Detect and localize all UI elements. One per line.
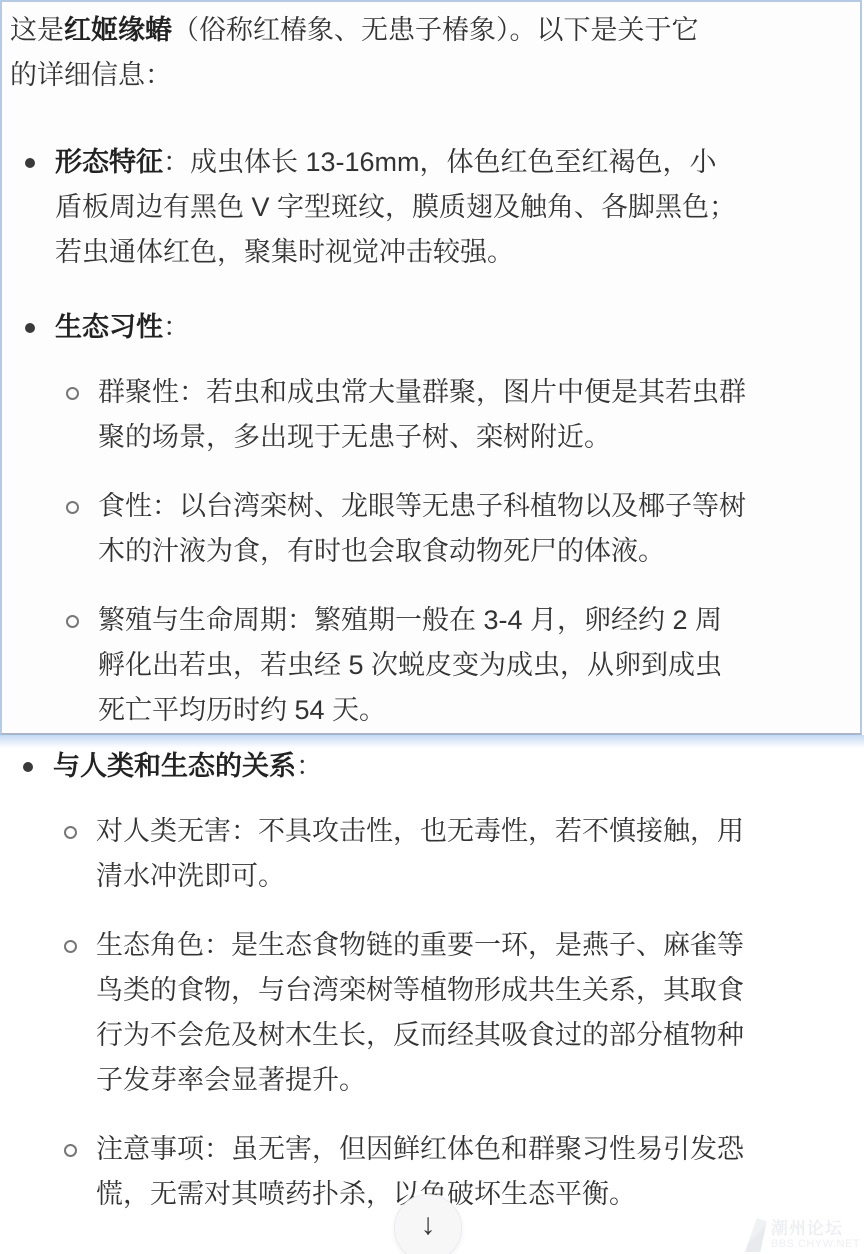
answer-bullet-list-continued: 与人类和生态的关系： 对人类无害：不具攻击性，也无毒性，若不慎接触，用 清水冲洗… <box>0 744 864 1217</box>
intro-paragraph: 这是红姬缘蝽（俗称红椿象、无患子椿象）。以下是关于它 的详细信息： <box>10 8 852 98</box>
sub-item-text: 对人类无害：不具攻击性，也无毒性，若不慎接触，用 清水冲洗即可。 <box>96 809 864 899</box>
sub-bullet-marker <box>53 1127 96 1172</box>
sub-item-text: 生态角色：是生态食物链的重要一环，是燕子、麻雀等 鸟类的食物，与台湾栾树等植物形… <box>96 923 864 1103</box>
list-item-morphology: 形态特征：成虫体长 13-16mm，体色红色至红褐色，小 盾板周边有黑色 V 字… <box>10 140 852 275</box>
bullet-circle-icon <box>66 387 79 400</box>
human-relation-sub-list: 对人类无害：不具攻击性，也无毒性，若不慎接触，用 清水冲洗即可。 生态角色：是生… <box>53 809 864 1217</box>
bullet-circle-icon <box>64 940 77 953</box>
list-item-text: 生态习性： <box>55 305 852 350</box>
sub-item-ecological-role: 生态角色：是生态食物链的重要一环，是燕子、麻雀等 鸟类的食物，与台湾栾树等植物形… <box>53 923 864 1103</box>
sub-bullet-marker <box>55 484 98 529</box>
sub-item-clustering: 群聚性：若虫和成虫常大量群聚，图片中便是其若虫群 聚的场景，多出现于无患子树、栾… <box>55 370 852 460</box>
list-item-ecology-habits: 生态习性： 群聚性：若虫和成虫常大量群聚，图片中便是其若虫群 聚的场景，多出现于… <box>10 305 852 733</box>
bullet-dot-icon <box>25 158 35 168</box>
intro-prefix: 这是 <box>10 15 64 45</box>
bullet-marker <box>10 305 55 350</box>
bullet-circle-icon <box>66 615 79 628</box>
list-item-human-relation: 与人类和生态的关系： 对人类无害：不具攻击性，也无毒性，若不慎接触，用 清水冲洗… <box>8 744 864 1217</box>
list-item-text: 与人类和生态的关系： <box>53 744 864 789</box>
term-human-relation: 与人类和生态的关系 <box>53 751 296 781</box>
watermark-logo-icon <box>745 1218 767 1252</box>
bullet-dot-icon <box>23 762 33 772</box>
species-name-bold: 红姬缘蝽 <box>64 15 172 45</box>
ecology-sub-list: 群聚性：若虫和成虫常大量群聚，图片中便是其若虫群 聚的场景，多出现于无患子树、栾… <box>55 370 852 733</box>
text-ecology-habits: ： <box>163 312 190 342</box>
sub-item-text: 群聚性：若虫和成虫常大量群聚，图片中便是其若虫群 聚的场景，多出现于无患子树、栾… <box>98 370 852 460</box>
down-arrow-icon: ↓ <box>421 1210 436 1240</box>
sub-bullet-marker <box>53 809 96 854</box>
sub-item-harmless: 对人类无害：不具攻击性，也无毒性，若不慎接触，用 清水冲洗即可。 <box>53 809 864 899</box>
sub-item-text: 注意事项：虽无害，但因鲜红体色和群聚习性易引发恐 慌，无需对其喷药扑杀，以免破坏… <box>96 1127 864 1217</box>
sub-item-text: 繁殖与生命周期：繁殖期一般在 3-4 月，卵经约 2 周 孵化出若虫，若虫经 5… <box>98 598 852 733</box>
sub-item-reproduction: 繁殖与生命周期：繁殖期一般在 3-4 月，卵经约 2 周 孵化出若虫，若虫经 5… <box>55 598 852 733</box>
sub-item-precautions: 注意事项：虽无害，但因鲜红体色和群聚习性易引发恐 慌，无需对其喷药扑杀，以免破坏… <box>53 1127 864 1217</box>
sub-bullet-marker <box>55 598 98 643</box>
bullet-dot-icon <box>25 323 35 333</box>
sub-item-diet: 食性：以台湾栾树、龙眼等无患子科植物以及椰子等树 木的汁液为食，有时也会取食动物… <box>55 484 852 574</box>
watermark: 潮州论坛 BBS.CHYW.NET <box>745 1218 860 1252</box>
text-human-relation: ： <box>296 751 323 781</box>
highlighted-answer-box: 这是红姬缘蝽（俗称红椿象、无患子椿象）。以下是关于它 的详细信息： 形态特征：成… <box>0 0 862 735</box>
term-morphology: 形态特征 <box>55 147 163 177</box>
chat-response-area: 这是红姬缘蝽（俗称红椿象、无患子椿象）。以下是关于它 的详细信息： 形态特征：成… <box>0 0 864 1254</box>
sub-bullet-marker <box>55 370 98 415</box>
bullet-circle-icon <box>66 501 79 514</box>
list-item-text: 形态特征：成虫体长 13-16mm，体色红色至红褐色，小 盾板周边有黑色 V 字… <box>55 140 852 275</box>
answer-bullet-list: 形态特征：成虫体长 13-16mm，体色红色至红褐色，小 盾板周边有黑色 V 字… <box>10 140 852 733</box>
watermark-site-name: 潮州论坛 <box>771 1220 860 1239</box>
sub-item-text: 食性：以台湾栾树、龙眼等无患子科植物以及椰子等树 木的汁液为食，有时也会取食动物… <box>98 484 852 574</box>
bullet-marker <box>10 140 55 185</box>
bullet-marker <box>8 744 53 789</box>
term-ecology-habits: 生态习性 <box>55 312 163 342</box>
bullet-circle-icon <box>64 1144 77 1157</box>
sub-bullet-marker <box>53 923 96 968</box>
scroll-to-bottom-button[interactable]: ↓ <box>394 1194 462 1254</box>
bullet-circle-icon <box>64 826 77 839</box>
watermark-site-url: BBS.CHYW.NET <box>771 1238 860 1250</box>
